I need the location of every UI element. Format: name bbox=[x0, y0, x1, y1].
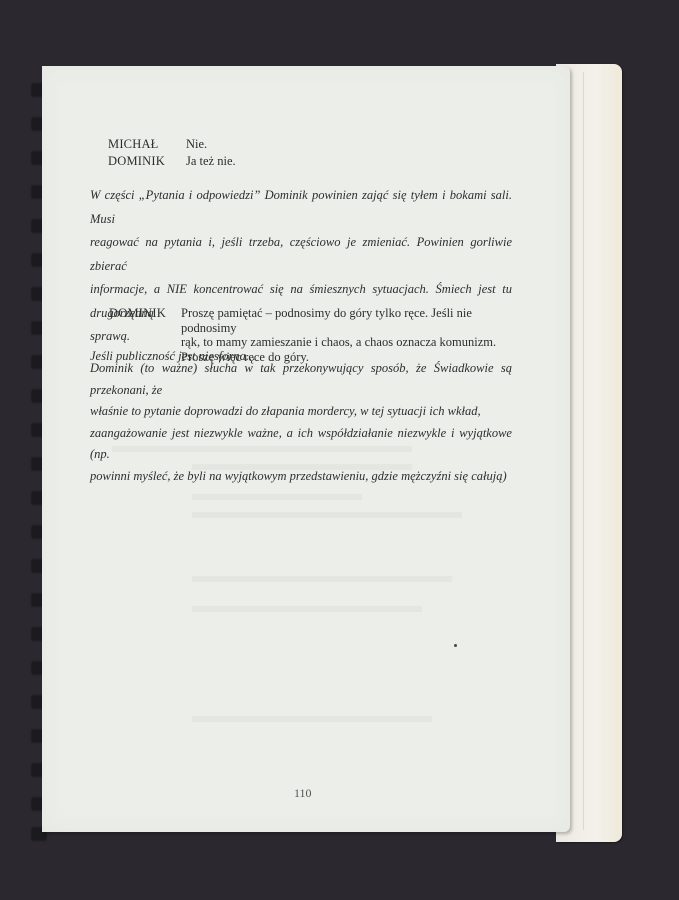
dialogue-line: rąk, to mamy zamieszanie i chaos, a chao… bbox=[181, 335, 521, 350]
ink-speck bbox=[454, 644, 457, 647]
direction-line: powinni myśleć, że byli na wyjątkowym pr… bbox=[90, 466, 512, 488]
dialogue-row: DOMINIK Ja też nie. bbox=[108, 154, 408, 170]
show-through-text bbox=[192, 606, 422, 612]
direction-line: W części „Pytania i odpowiedzi” Dominik … bbox=[90, 184, 512, 231]
show-through-text bbox=[192, 512, 462, 518]
dialogue-line: Nie. bbox=[186, 137, 207, 152]
speaker-name: DOMINIK bbox=[108, 154, 165, 169]
direction-line: reagować na pytania i, jeśli trzeba, czę… bbox=[90, 231, 512, 278]
page-number: 110 bbox=[294, 786, 312, 801]
show-through-text bbox=[192, 494, 362, 500]
show-through-text bbox=[192, 576, 452, 582]
show-through-text bbox=[192, 716, 432, 722]
direction-line: właśnie to pytanie doprowadzi do złapani… bbox=[90, 401, 512, 423]
dialogue-block: DOMINIK Proszę pamiętać – podnosimy do g… bbox=[109, 306, 529, 356]
dialogue-line: Ja też nie. bbox=[186, 154, 236, 169]
speaker-name: MICHAŁ bbox=[108, 137, 159, 152]
direction-line: zaangażowanie jest niezwykle ważne, a ic… bbox=[90, 423, 512, 466]
dialogue-text: Proszę pamiętać – podnosimy do góry tylk… bbox=[181, 306, 521, 364]
stage-direction: Dominik (to ważne) słucha w tak przekony… bbox=[90, 358, 512, 487]
dialogue-row: MICHAŁ Nie. bbox=[108, 137, 408, 153]
document-page: MICHAŁ Nie. DOMINIK Ja też nie. W części… bbox=[42, 66, 570, 832]
direction-line: Dominik (to ważne) słucha w tak przekony… bbox=[90, 358, 512, 401]
dialogue-line: Proszę pamiętać – podnosimy do góry tylk… bbox=[181, 306, 521, 335]
speaker-name: DOMINIK bbox=[109, 306, 166, 321]
